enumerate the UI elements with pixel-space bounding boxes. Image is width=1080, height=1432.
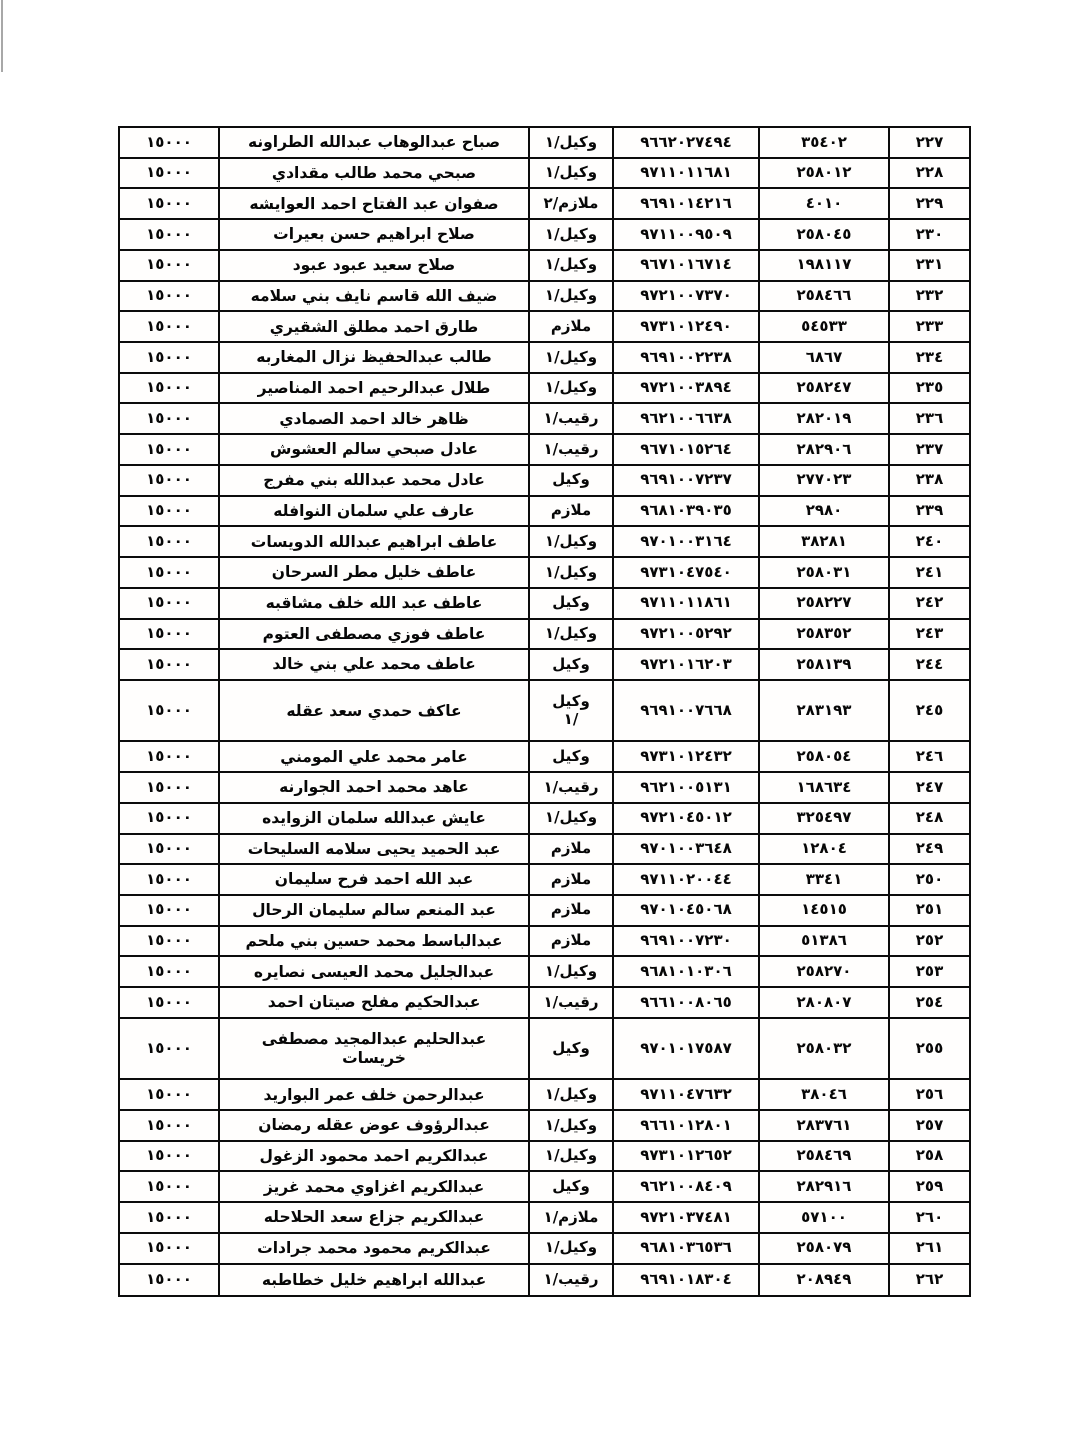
rank-cell: وكيل/١: [528, 343, 612, 372]
table-row: ٢٦٢ ٢٠٨٩٤٩ ٩٦٩١٠١٨٣٠٤ رقيب/١ عبدالله ابر…: [120, 1265, 969, 1296]
rank-cell: رقيب/١: [528, 404, 612, 433]
serial-cell: ٢٣٦: [888, 404, 969, 433]
name-cell: عبدالكريم اغزاوي محمد غريز: [218, 1172, 528, 1201]
rank-cell: وكيل/١: [528, 374, 612, 403]
rank-cell: وكيل: [528, 1019, 612, 1078]
rank-cell: وكيل/١: [528, 1142, 612, 1171]
table-row: ٢٥٦ ٣٨٠٤٦ ٩٧١١٠٤٧٦٣٢ وكيل/١ عبدالرحمن خل…: [120, 1080, 969, 1111]
rank-cell: ملازم: [528, 312, 612, 341]
table-row: ٢٣٧ ٢٨٢٩٠٦ ٩٦٧١٠١٥٢٦٤ رقيب/١ عادل صبحي س…: [120, 435, 969, 466]
record-number-cell: ٣٨٠٤٦: [758, 1080, 888, 1109]
rank-cell: ملازم: [528, 835, 612, 864]
serial-cell: ٢٤٧: [888, 773, 969, 802]
serial-cell: ٢٤٣: [888, 620, 969, 649]
name-cell: طارق احمد مطلق الشقيري: [218, 312, 528, 341]
serial-cell: ٢٤٨: [888, 804, 969, 833]
table-row: ٢٤٩ ١٢٨٠٤ ٩٧٠١٠٠٣٦٤٨ ملازم عبد الحميد يح…: [120, 835, 969, 866]
serial-cell: ٢٣٩: [888, 497, 969, 526]
amount-cell: ١٥٠٠٠: [120, 927, 218, 956]
national-number-cell: ٩٦٩١٠١٨٣٠٤: [612, 1265, 758, 1296]
name-cell: ضيف الله قاسم نايف بني سلامه: [218, 282, 528, 311]
record-number-cell: ٢٨٣١٩٣: [758, 681, 888, 740]
rank-cell: وكيل: [528, 466, 612, 495]
name-cell: عاطف فوزي مصطفى العتوم: [218, 620, 528, 649]
name-cell: عبدالكريم احمد محمود الزغول: [218, 1142, 528, 1171]
record-number-cell: ١٢٨٠٤: [758, 835, 888, 864]
national-number-cell: ٩٧٠١٠٤٥٠٦٨: [612, 896, 758, 925]
rank-cell: وكيل/١: [528, 282, 612, 311]
record-number-cell: ٢٥٨٠٣١: [758, 558, 888, 587]
record-number-cell: ٢٥٨١٣٩: [758, 650, 888, 679]
rank-cell: وكيل/١: [528, 1080, 612, 1109]
amount-cell: ١٥٠٠٠: [120, 251, 218, 280]
amount-cell: ١٥٠٠٠: [120, 466, 218, 495]
serial-cell: ٢٤٢: [888, 589, 969, 618]
name-cell: عامر محمد علي المومني: [218, 742, 528, 771]
record-number-cell: ٢٠٨٩٤٩: [758, 1265, 888, 1296]
national-number-cell: ٩٧٠١٠٠٣٦٤٨: [612, 835, 758, 864]
record-number-cell: ٤٠١٠: [758, 189, 888, 218]
serial-cell: ٢٥٩: [888, 1172, 969, 1201]
table-row: ٢٤٨ ٣٢٥٤٩٧ ٩٧٢١٠٤٥٠١٢ وكيل/١ عايش عبدالل…: [120, 804, 969, 835]
record-number-cell: ٢٥٨٤٦٦: [758, 282, 888, 311]
name-cell: عاطف ابراهيم عبدالله الدويسات: [218, 527, 528, 556]
table-row: ٢٣٨ ٢٧٧٠٢٣ ٩٦٩١٠٠٧٢٣٧ وكيل عادل محمد عبد…: [120, 466, 969, 497]
name-cell: عاطف خليل مطر السرحان: [218, 558, 528, 587]
serial-cell: ٢٣٢: [888, 282, 969, 311]
amount-cell: ١٥٠٠٠: [120, 773, 218, 802]
amount-cell: ١٥٠٠٠: [120, 650, 218, 679]
table-row: ٢٤٥ ٢٨٣١٩٣ ٩٦٩١٠٠٧٦٦٨ وكيل /١ عاكف حمدي …: [120, 681, 969, 742]
amount-cell: ١٥٠٠٠: [120, 1203, 218, 1232]
national-number-cell: ٩٦٨١٠١٠٣٠٦: [612, 957, 758, 986]
national-number-cell: ٩٧٣١٠١٢٦٥٢: [612, 1142, 758, 1171]
rank-cell: وكيل: [528, 650, 612, 679]
name-cell: عبدالله ابراهيم خليل خطاطبه: [218, 1265, 528, 1296]
rank-cell: ملازم: [528, 497, 612, 526]
scanned-page: { "colors": { "page_background": "#fffff…: [0, 0, 1080, 1432]
national-number-cell: ٩٧٢١٠٠٧٣٧٠: [612, 282, 758, 311]
amount-cell: ١٥٠٠٠: [120, 589, 218, 618]
amount-cell: ١٥٠٠٠: [120, 159, 218, 188]
national-number-cell: ٩٧٣١٠٤٧٥٤٠: [612, 558, 758, 587]
rank-cell: ملازم: [528, 927, 612, 956]
record-number-cell: ٢٨٠٨٠٧: [758, 988, 888, 1017]
rank-cell: وكيل/١: [528, 128, 612, 157]
name-cell: عبدالجليل محمد العيسى نصايره: [218, 957, 528, 986]
record-number-cell: ٢٨٢٠١٩: [758, 404, 888, 433]
rank-cell: ملازم/٢: [528, 189, 612, 218]
rank-cell: ملازم/١: [528, 1203, 612, 1232]
amount-cell: ١٥٠٠٠: [120, 220, 218, 249]
table-row: ٢٢٩ ٤٠١٠ ٩٦٩١٠١٤٢١٦ ملازم/٢ صفوان عبد ال…: [120, 189, 969, 220]
amount-cell: ١٥٠٠٠: [120, 1142, 218, 1171]
national-number-cell: ٩٦٢١٠٠٥١٣١: [612, 773, 758, 802]
name-cell: عاطف عبد الله خلف مشاقبه: [218, 589, 528, 618]
record-number-cell: ٢٥٨٠٥٤: [758, 742, 888, 771]
name-cell: عبد الحميد يحيى سلامه السليحات: [218, 835, 528, 864]
name-cell: عبد الله احمد فرح سليمان: [218, 865, 528, 894]
amount-cell: ١٥٠٠٠: [120, 1111, 218, 1140]
rank-cell: وكيل: [528, 589, 612, 618]
national-number-cell: ٩٦٦٢٠٢٧٤٩٤: [612, 128, 758, 157]
record-number-cell: ١٦٨٦٣٤: [758, 773, 888, 802]
national-number-cell: ٩٦٧١٠١٥٢٦٤: [612, 435, 758, 464]
record-number-cell: ٢٥٨٢٢٧: [758, 589, 888, 618]
table-row: ٢٦١ ٢٥٨٠٧٩ ٩٦٨١٠٣٦٥٣٦ وكيل/١ عبدالكريم م…: [120, 1234, 969, 1265]
national-number-cell: ٩٦٩١٠٠٧٦٦٨: [612, 681, 758, 740]
name-cell: ظاهر خالد احمد الصمادي: [218, 404, 528, 433]
serial-cell: ٢٤٥: [888, 681, 969, 740]
amount-cell: ١٥٠٠٠: [120, 1172, 218, 1201]
amount-cell: ١٥٠٠٠: [120, 312, 218, 341]
national-number-cell: ٩٧٢١٠١٦٢٠٣: [612, 650, 758, 679]
serial-cell: ٢٢٩: [888, 189, 969, 218]
national-number-cell: ٩٦٩١٠٠٧٢٣٧: [612, 466, 758, 495]
rank-cell: رقيب/١: [528, 988, 612, 1017]
national-number-cell: ٩٦٨١٠٣٦٥٣٦: [612, 1234, 758, 1263]
scan-edge-artifact: [1, 0, 3, 72]
roster-table: ٢٢٧ ٣٥٤٠٢ ٩٦٦٢٠٢٧٤٩٤ وكيل/١ صباح عبدالوه…: [118, 126, 971, 1297]
record-number-cell: ٦٨٦٧: [758, 343, 888, 372]
table-row: ٢٤١ ٢٥٨٠٣١ ٩٧٣١٠٤٧٥٤٠ وكيل/١ عاطف خليل م…: [120, 558, 969, 589]
amount-cell: ١٥٠٠٠: [120, 1080, 218, 1109]
rank-cell: وكيل/١: [528, 220, 612, 249]
rank-cell: وكيل/١: [528, 527, 612, 556]
national-number-cell: ٩٦٧١٠١٦٧١٤: [612, 251, 758, 280]
national-number-cell: ٩٦٩١٠٠٧٢٣٠: [612, 927, 758, 956]
table-row: ٢٥٢ ٥١٣٨٦ ٩٦٩١٠٠٧٢٣٠ ملازم عبدالباسط محم…: [120, 927, 969, 958]
serial-cell: ٢٤٩: [888, 835, 969, 864]
serial-cell: ٢٤٦: [888, 742, 969, 771]
record-number-cell: ٢٩٨٠: [758, 497, 888, 526]
national-number-cell: ٩٧١١٠٤٧٦٣٢: [612, 1080, 758, 1109]
national-number-cell: ٩٧١١٠١١٦٨١: [612, 159, 758, 188]
table-row: ٢٢٧ ٣٥٤٠٢ ٩٦٦٢٠٢٧٤٩٤ وكيل/١ صباح عبدالوه…: [120, 128, 969, 159]
serial-cell: ٢٦٢: [888, 1265, 969, 1296]
national-number-cell: ٩٦٩١٠١٤٢١٦: [612, 189, 758, 218]
serial-cell: ٢٣٤: [888, 343, 969, 372]
amount-cell: ١٥٠٠٠: [120, 681, 218, 740]
table-row: ٢٥٣ ٢٥٨٢٧٠ ٩٦٨١٠١٠٣٠٦ وكيل/١ عبدالجليل م…: [120, 957, 969, 988]
table-row: ٢٣٣ ٥٤٥٣٣ ٩٧٣١٠١٢٤٩٠ ملازم طارق احمد مطل…: [120, 312, 969, 343]
serial-cell: ٢٥٠: [888, 865, 969, 894]
table-row: ٢٣٩ ٢٩٨٠ ٩٦٨١٠٣٩٠٣٥ ملازم عارف علي سلمان…: [120, 497, 969, 528]
name-cell: عبدالكريم جزاع سعد الحلاحله: [218, 1203, 528, 1232]
serial-cell: ٢٣٨: [888, 466, 969, 495]
national-number-cell: ٩٧٢١٠٠٣٨٩٤: [612, 374, 758, 403]
amount-cell: ١٥٠٠٠: [120, 865, 218, 894]
national-number-cell: ٩٦٦١٠١٢٨٠١: [612, 1111, 758, 1140]
table-row: ٢٥٥ ٢٥٨٠٣٢ ٩٧٠١٠١٧٥٨٧ وكيل عبدالحليم عبد…: [120, 1019, 969, 1080]
serial-cell: ٢٣٥: [888, 374, 969, 403]
serial-cell: ٢٣٣: [888, 312, 969, 341]
rank-cell: وكيل/١: [528, 251, 612, 280]
amount-cell: ١٥٠٠٠: [120, 1019, 218, 1078]
serial-cell: ٢٣١: [888, 251, 969, 280]
name-cell: عاهد محمد احمد الجوارنه: [218, 773, 528, 802]
table-row: ٢٢٨ ٢٥٨٠١٢ ٩٧١١٠١١٦٨١ وكيل/١ صبحي محمد ط…: [120, 159, 969, 190]
table-row: ٢٥١ ١٤٥١٥ ٩٧٠١٠٤٥٠٦٨ ملازم عبد المنعم سا…: [120, 896, 969, 927]
table-row: ٢٣٠ ٢٥٨٠٤٥ ٩٧١١٠٠٩٥٠٩ وكيل/١ صلاح ابراهي…: [120, 220, 969, 251]
amount-cell: ١٥٠٠٠: [120, 497, 218, 526]
amount-cell: ١٥٠٠٠: [120, 742, 218, 771]
national-number-cell: ٩٧٢١٠٤٥٠١٢: [612, 804, 758, 833]
amount-cell: ١٥٠٠٠: [120, 896, 218, 925]
amount-cell: ١٥٠٠٠: [120, 620, 218, 649]
name-cell: عارف علي سلمان النوافله: [218, 497, 528, 526]
record-number-cell: ٥٤٥٣٣: [758, 312, 888, 341]
table-row: ٢٥٨ ٢٥٨٤٦٩ ٩٧٣١٠١٢٦٥٢ وكيل/١ عبدالكريم ا…: [120, 1142, 969, 1173]
serial-cell: ٢٢٧: [888, 128, 969, 157]
serial-cell: ٢٥٧: [888, 1111, 969, 1140]
table-row: ٢٦٠ ٥٧١٠٠ ٩٧٢١٠٣٧٤٨١ ملازم/١ عبدالكريم ج…: [120, 1203, 969, 1234]
rank-cell: وكيل/١: [528, 957, 612, 986]
record-number-cell: ٣٣٤١: [758, 865, 888, 894]
table-row: ٢٣٦ ٢٨٢٠١٩ ٩٦٢١٠٠٦٦٣٨ رقيب/١ ظاهر خالد ا…: [120, 404, 969, 435]
amount-cell: ١٥٠٠٠: [120, 404, 218, 433]
serial-cell: ٢٥١: [888, 896, 969, 925]
serial-cell: ٢٢٨: [888, 159, 969, 188]
national-number-cell: ٩٧٠١٠٠٣١٦٤: [612, 527, 758, 556]
national-number-cell: ٩٦٨١٠٣٩٠٣٥: [612, 497, 758, 526]
name-cell: عبدالحكيم مفلح صيتان احمد: [218, 988, 528, 1017]
table-row: ٢٣٥ ٢٥٨٢٤٧ ٩٧٢١٠٠٣٨٩٤ وكيل/١ طلال عبدالر…: [120, 374, 969, 405]
rank-cell: وكيل/١: [528, 1111, 612, 1140]
national-number-cell: ٩٧٣١٠١٢٤٩٠: [612, 312, 758, 341]
name-cell: عايش عبدالله سلمان الزوايده: [218, 804, 528, 833]
name-cell: عبدالحليم عبدالمجيد مصطفى خريسات: [218, 1019, 528, 1078]
amount-cell: ١٥٠٠٠: [120, 282, 218, 311]
record-number-cell: ٢٨٢٩١٦: [758, 1172, 888, 1201]
table-row: ٢٤٢ ٢٥٨٢٢٧ ٩٧١١٠١١٨٦١ وكيل عاطف عبد الله…: [120, 589, 969, 620]
record-number-cell: ٢٥٨٠٧٩: [758, 1234, 888, 1263]
record-number-cell: ٢٥٨٠١٢: [758, 159, 888, 188]
record-number-cell: ٢٥٨٤٦٩: [758, 1142, 888, 1171]
name-cell: عاكف حمدي سعد عقله: [218, 681, 528, 740]
serial-cell: ٢٦٠: [888, 1203, 969, 1232]
name-cell: عبد المنعم سالم سليمان الرحال: [218, 896, 528, 925]
amount-cell: ١٥٠٠٠: [120, 1265, 218, 1296]
name-cell: صبحي محمد طالب مقدادي: [218, 159, 528, 188]
table-row: ٢٣١ ١٩٨١١٧ ٩٦٧١٠١٦٧١٤ وكيل/١ صلاح سعيد ع…: [120, 251, 969, 282]
serial-cell: ٢٥٨: [888, 1142, 969, 1171]
amount-cell: ١٥٠٠٠: [120, 558, 218, 587]
amount-cell: ١٥٠٠٠: [120, 835, 218, 864]
rank-cell: رقيب/١: [528, 1265, 612, 1296]
serial-cell: ٢٥٥: [888, 1019, 969, 1078]
record-number-cell: ٢٥٨٢٤٧: [758, 374, 888, 403]
amount-cell: ١٥٠٠٠: [120, 1234, 218, 1263]
record-number-cell: ٥١٣٨٦: [758, 927, 888, 956]
amount-cell: ١٥٠٠٠: [120, 374, 218, 403]
rank-cell: وكيل: [528, 1172, 612, 1201]
name-cell: صفوان عبد الفتاح احمد العوايشه: [218, 189, 528, 218]
record-number-cell: ٢٥٨٠٣٢: [758, 1019, 888, 1078]
record-number-cell: ٢٥٨٠٤٥: [758, 220, 888, 249]
table-row: ٢٤٤ ٢٥٨١٣٩ ٩٧٢١٠١٦٢٠٣ وكيل عاطف محمد علي…: [120, 650, 969, 681]
name-cell: عاطف محمد علي بني خالد: [218, 650, 528, 679]
national-number-cell: ٩٦٩١٠٠٢٢٣٨: [612, 343, 758, 372]
rank-cell: وكيل/١: [528, 159, 612, 188]
name-cell: عبدالرحمن خلف عمر البواريد: [218, 1080, 528, 1109]
table-row: ٢٣٢ ٢٥٨٤٦٦ ٩٧٢١٠٠٧٣٧٠ وكيل/١ ضيف الله قا…: [120, 282, 969, 313]
record-number-cell: ٢٨٢٩٠٦: [758, 435, 888, 464]
name-cell: عادل صبحي سالم العشوش: [218, 435, 528, 464]
name-cell: صلاح ابراهيم حسن بعيرات: [218, 220, 528, 249]
national-number-cell: ٩٧٢١٠٣٧٤٨١: [612, 1203, 758, 1232]
national-number-cell: ٩٦٦١٠٠٨٠٦٥: [612, 988, 758, 1017]
amount-cell: ١٥٠٠٠: [120, 957, 218, 986]
rank-cell: رقيب/١: [528, 773, 612, 802]
record-number-cell: ٥٧١٠٠: [758, 1203, 888, 1232]
amount-cell: ١٥٠٠٠: [120, 988, 218, 1017]
amount-cell: ١٥٠٠٠: [120, 343, 218, 372]
amount-cell: ١٥٠٠٠: [120, 128, 218, 157]
serial-cell: ٢٥٤: [888, 988, 969, 1017]
rank-cell: وكيل/١: [528, 558, 612, 587]
rank-cell: وكيل: [528, 742, 612, 771]
rank-cell: وكيل/١: [528, 1234, 612, 1263]
name-cell: طالب عبدالحفيظ نزال المغاربه: [218, 343, 528, 372]
name-cell: عبدالرؤوف عوض عقله رمضان: [218, 1111, 528, 1140]
rank-cell: ملازم: [528, 865, 612, 894]
table-row: ٢٤٠ ٣٨٢٨١ ٩٧٠١٠٠٣١٦٤ وكيل/١ عاطف ابراهيم…: [120, 527, 969, 558]
record-number-cell: ١٤٥١٥: [758, 896, 888, 925]
record-number-cell: ٢٨٣٧٦١: [758, 1111, 888, 1140]
serial-cell: ٢٥٦: [888, 1080, 969, 1109]
rank-cell: ملازم: [528, 896, 612, 925]
table-row: ٢٥٧ ٢٨٣٧٦١ ٩٦٦١٠١٢٨٠١ وكيل/١ عبدالرؤوف ع…: [120, 1111, 969, 1142]
name-cell: عادل محمد عبدالله بني مفرج: [218, 466, 528, 495]
amount-cell: ١٥٠٠٠: [120, 527, 218, 556]
serial-cell: ٢٣٠: [888, 220, 969, 249]
record-number-cell: ٢٧٧٠٢٣: [758, 466, 888, 495]
table-row: ٢٥٩ ٢٨٢٩١٦ ٩٦٢١٠٠٨٤٠٩ وكيل عبدالكريم اغز…: [120, 1172, 969, 1203]
rank-cell: رقيب/١: [528, 435, 612, 464]
national-number-cell: ٩٦٢١٠٠٦٦٣٨: [612, 404, 758, 433]
record-number-cell: ٣٢٥٤٩٧: [758, 804, 888, 833]
serial-cell: ٢٥٣: [888, 957, 969, 986]
national-number-cell: ٩٧١١٠٠٩٥٠٩: [612, 220, 758, 249]
national-number-cell: ٩٦٢١٠٠٨٤٠٩: [612, 1172, 758, 1201]
table-row: ٢٤٧ ١٦٨٦٣٤ ٩٦٢١٠٠٥١٣١ رقيب/١ عاهد محمد ا…: [120, 773, 969, 804]
table-row: ٢٤٦ ٢٥٨٠٥٤ ٩٧٣١٠١٢٤٣٢ وكيل عامر محمد علي…: [120, 742, 969, 773]
serial-cell: ٢٣٧: [888, 435, 969, 464]
national-number-cell: ٩٧٣١٠١٢٤٣٢: [612, 742, 758, 771]
serial-cell: ٢٤١: [888, 558, 969, 587]
rank-cell: وكيل /١: [528, 681, 612, 740]
serial-cell: ٢٦١: [888, 1234, 969, 1263]
amount-cell: ١٥٠٠٠: [120, 189, 218, 218]
name-cell: صباح عبدالوهاب عبدالله الطراونه: [218, 128, 528, 157]
serial-cell: ٢٤٠: [888, 527, 969, 556]
amount-cell: ١٥٠٠٠: [120, 804, 218, 833]
amount-cell: ١٥٠٠٠: [120, 435, 218, 464]
record-number-cell: ٢٥٨٢٧٠: [758, 957, 888, 986]
national-number-cell: ٩٧١١٠٢٠٠٤٤: [612, 865, 758, 894]
serial-cell: ٢٥٢: [888, 927, 969, 956]
national-number-cell: ٩٧٠١٠١٧٥٨٧: [612, 1019, 758, 1078]
table-row: ٢٣٤ ٦٨٦٧ ٩٦٩١٠٠٢٢٣٨ وكيل/١ طالب عبدالحفي…: [120, 343, 969, 374]
name-cell: طلال عبدالرحيم احمد المناصير: [218, 374, 528, 403]
table-row: ٢٥٠ ٣٣٤١ ٩٧١١٠٢٠٠٤٤ ملازم عبد الله احمد …: [120, 865, 969, 896]
record-number-cell: ١٩٨١١٧: [758, 251, 888, 280]
table-row: ٢٥٤ ٢٨٠٨٠٧ ٩٦٦١٠٠٨٠٦٥ رقيب/١ عبدالحكيم م…: [120, 988, 969, 1019]
national-number-cell: ٩٧٢١٠٠٥٢٩٢: [612, 620, 758, 649]
national-number-cell: ٩٧١١٠١١٨٦١: [612, 589, 758, 618]
record-number-cell: ٢٥٨٣٥٢: [758, 620, 888, 649]
rank-cell: وكيل/١: [528, 620, 612, 649]
table-row: ٢٤٣ ٢٥٨٣٥٢ ٩٧٢١٠٠٥٢٩٢ وكيل/١ عاطف فوزي م…: [120, 620, 969, 651]
record-number-cell: ٣٨٢٨١: [758, 527, 888, 556]
name-cell: عبدالباسط محمد حسين بني ملحم: [218, 927, 528, 956]
rank-cell: وكيل/١: [528, 804, 612, 833]
name-cell: صلاح سعيد عبود عبود: [218, 251, 528, 280]
record-number-cell: ٣٥٤٠٢: [758, 128, 888, 157]
serial-cell: ٢٤٤: [888, 650, 969, 679]
name-cell: عبدالكريم محمود محمد جرادات: [218, 1234, 528, 1263]
